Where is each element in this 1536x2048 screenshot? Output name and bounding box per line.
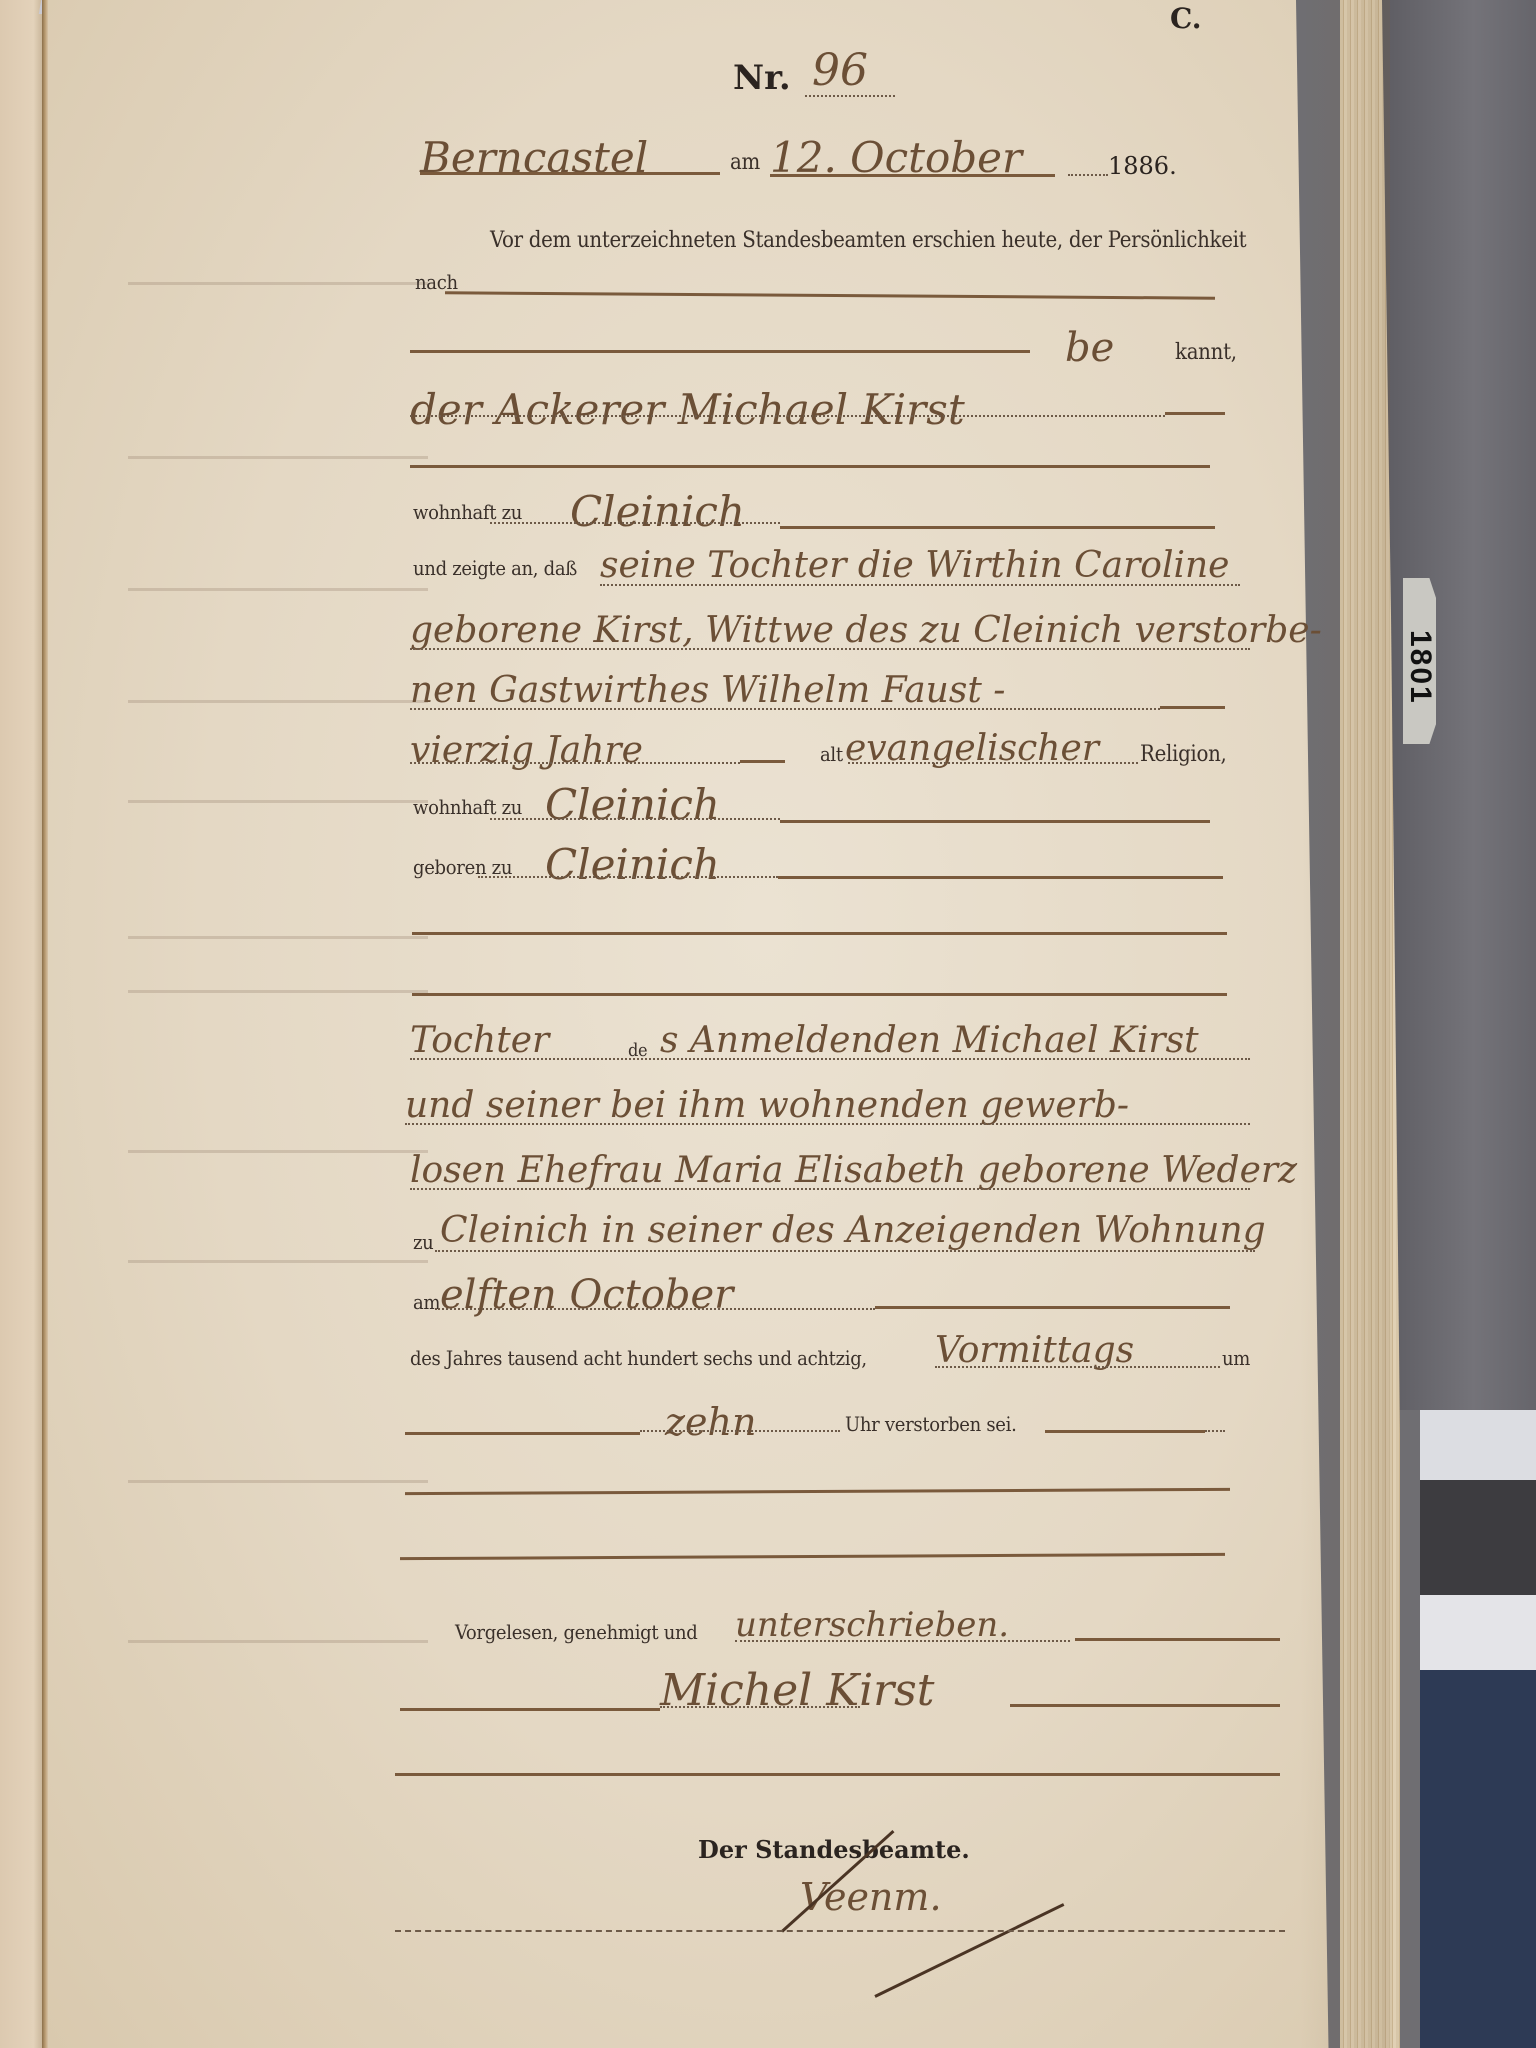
religion-label: Religion, (1140, 742, 1227, 767)
death-year-text: des Jahres tausend acht hundert sechs un… (410, 1346, 867, 1370)
parents-line-3: losen Ehefrau Maria Elisabeth geborene W… (410, 1150, 1297, 1191)
death-place: Cleinich in seiner des Anzeigenden Wohnu… (440, 1210, 1266, 1251)
deceased-birthplace: Cleinich (545, 840, 720, 889)
death-hour: zehn (665, 1400, 756, 1444)
left-page-edge (0, 0, 48, 2048)
known-suffix: kannt, (1175, 340, 1237, 365)
deceased-residence: Cleinich (545, 780, 720, 829)
death-text: Uhr verstorben sei. (845, 1412, 1016, 1436)
background-strip (1420, 1410, 1536, 1480)
declaration-line-3: nen Gastwirthes Wilhelm Faust - (410, 670, 1005, 711)
informant-name: der Ackerer Michael Kirst (410, 385, 965, 434)
parents-line-1-a: Tochter (410, 1020, 549, 1061)
informant-signature: Michel Kirst (660, 1665, 934, 1716)
intro-text: Vor dem unterzeichneten Standesbeamten e… (490, 228, 1246, 253)
age-label: alt (820, 742, 843, 766)
background-strip-light (1420, 1595, 1536, 1670)
registrar-label: Der Standesbeamte. (698, 1835, 970, 1864)
index-tab-label: 1801 (1400, 630, 1440, 690)
known-prefix: be (1065, 325, 1114, 371)
registry-year: 1886. (1108, 152, 1177, 180)
parents-line-2: und seiner bei ihm wohnenden gewerb- (405, 1085, 1129, 1126)
death-day: elften October (440, 1272, 733, 1318)
date-label: am (730, 150, 760, 175)
deceased-residence-label: wohnhaft zu (413, 795, 522, 819)
background-shadow (1420, 1480, 1536, 1595)
page-shadow (1300, 0, 1390, 2048)
informant-residence: Cleinich (570, 487, 745, 536)
form-letter: C. (1170, 2, 1202, 35)
declaration-line-1: seine Tochter die Wirthin Caroline (600, 545, 1230, 586)
parents-line-1-b: s Anmeldenden Michael Kirst (660, 1020, 1199, 1061)
record-number-label: Nr. (733, 58, 791, 98)
death-place-label: zu (413, 1230, 433, 1254)
time-of-day: Vormittags (935, 1330, 1134, 1371)
declaration-line-2: geborene Kirst, Wittwe des zu Cleinich v… (410, 610, 1322, 651)
informant-residence-label: wohnhaft zu (413, 500, 522, 524)
death-day-label: am (413, 1290, 440, 1314)
read-approved-label: Vorgelesen, genehmigt und (455, 1620, 698, 1644)
read-approved-value: unterschrieben. (735, 1605, 1009, 1645)
background-blue (1420, 1670, 1536, 2048)
record-number: 96 (812, 45, 868, 96)
deceased-age: vierzig Jahre (410, 730, 643, 771)
book-gutter (42, 0, 48, 2048)
declaration-label: und zeigte an, daß (413, 556, 577, 580)
um-label: um (1222, 1346, 1250, 1370)
